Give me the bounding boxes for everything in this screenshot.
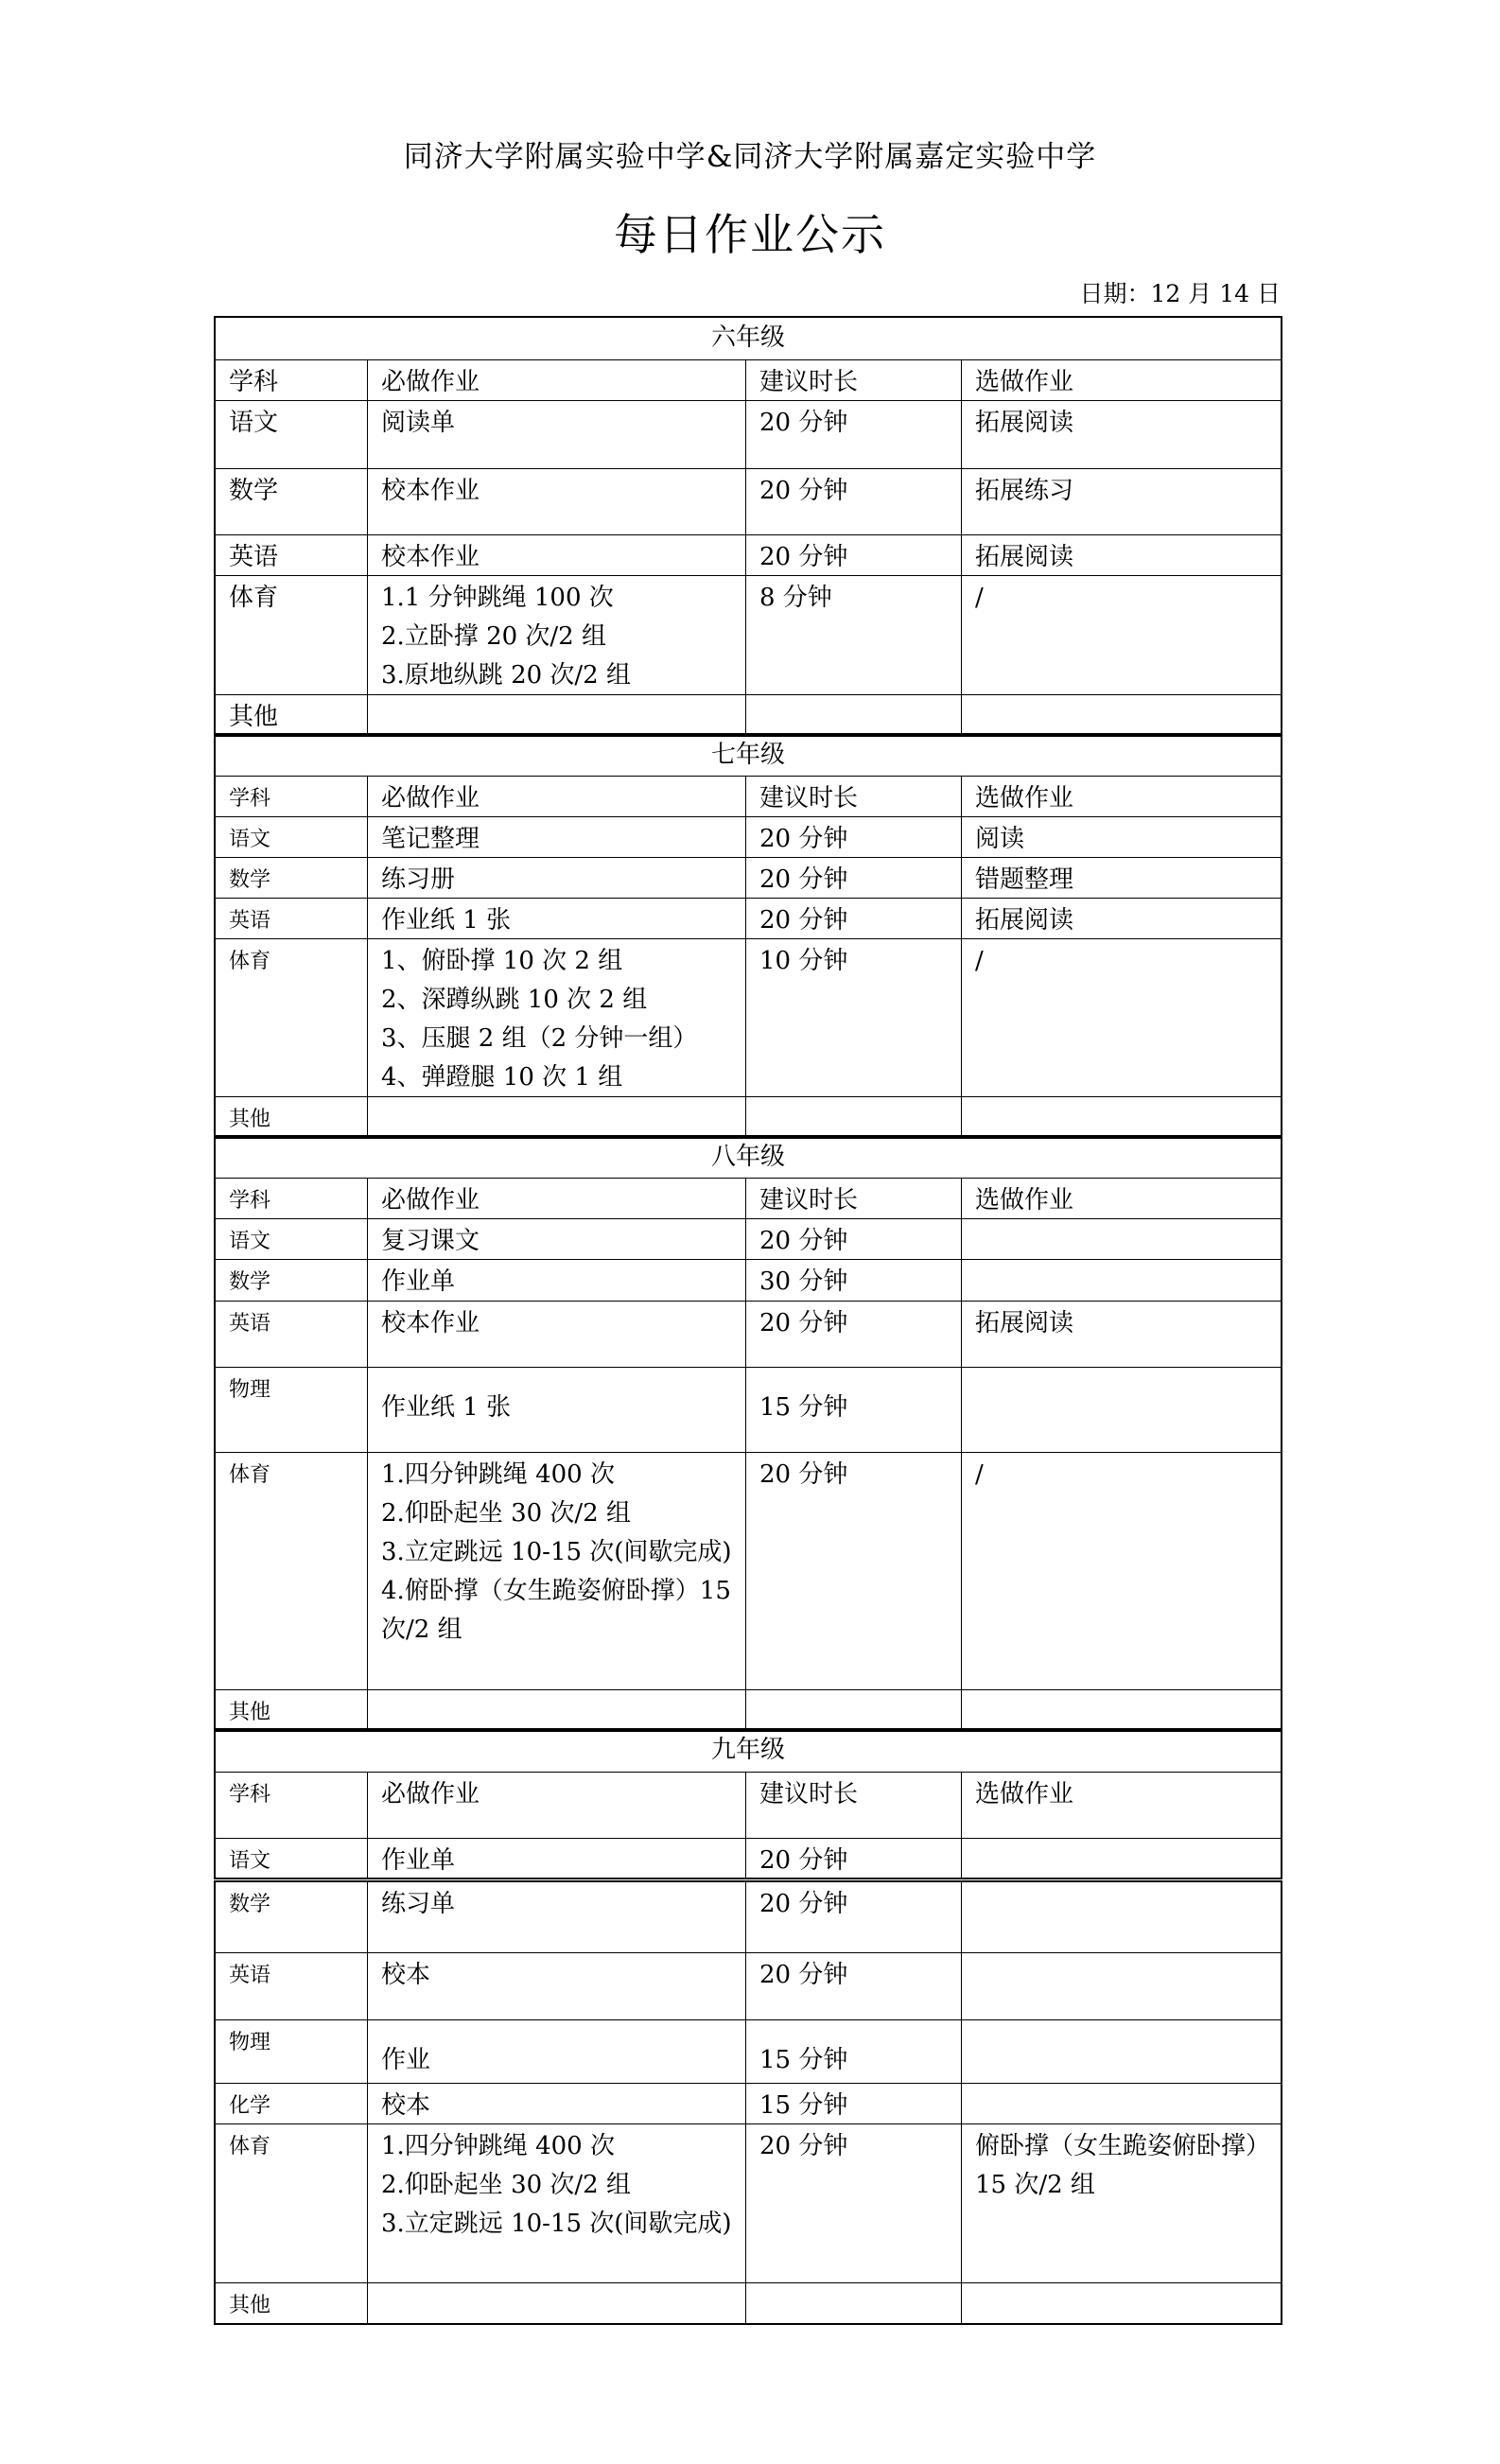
optional-homework-cell: 阅读 xyxy=(961,817,1281,857)
date-label: 日期：12 月 14 日 xyxy=(1080,278,1281,310)
table-row: 其他 xyxy=(216,1096,1281,1137)
column-header: 建议时长 xyxy=(745,1179,961,1218)
duration-cell: 20 分钟 xyxy=(745,858,961,898)
table-row: 其他 xyxy=(216,2282,1281,2323)
subject-cell: 英语 xyxy=(216,1953,367,2019)
subject-cell: 语文 xyxy=(216,817,367,857)
column-header: 选做作业 xyxy=(961,360,1281,400)
grade-header-row: 九年级 xyxy=(216,1730,1281,1772)
subject-cell: 体育 xyxy=(216,939,367,1096)
required-homework-cell: 1.1 分钟跳绳 100 次 2.立卧撑 20 次/2 组 3.原地纵跳 20 … xyxy=(367,576,745,694)
table-row: 数学校本作业20 分钟拓展练习 xyxy=(216,468,1281,534)
subject-cell: 数学 xyxy=(216,1882,367,1952)
table-row: 英语校本作业20 分钟拓展阅读 xyxy=(216,1301,1281,1367)
subject-cell: 其他 xyxy=(216,1097,367,1137)
subject-cell: 英语 xyxy=(216,1302,367,1367)
column-header: 建议时长 xyxy=(745,1773,961,1838)
grade-table: 七年级学科必做作业建议时长选做作业语文笔记整理20 分钟阅读数学练习册20 分钟… xyxy=(214,733,1282,1139)
subject-cell: 语文 xyxy=(216,1839,367,1878)
optional-homework-cell: / xyxy=(961,939,1281,1096)
grade-table: 六年级学科必做作业建议时长选做作业语文阅读单20 分钟拓展阅读数学校本作业20 … xyxy=(214,316,1282,737)
optional-homework-cell xyxy=(961,1839,1281,1878)
duration-cell xyxy=(745,2283,961,2323)
column-header: 建议时长 xyxy=(745,777,961,816)
required-homework-cell: 练习单 xyxy=(367,1882,745,1952)
required-homework-cell: 校本 xyxy=(367,2084,745,2123)
optional-homework-cell: 俯卧撑（女生跪姿俯卧撑）15 次/2 组 xyxy=(961,2124,1281,2282)
table-row: 物理作业纸 1 张15 分钟 xyxy=(216,1367,1281,1452)
table-row: 其他 xyxy=(216,694,1281,735)
duration-cell xyxy=(745,695,961,735)
column-header: 建议时长 xyxy=(745,360,961,400)
required-homework-cell: 1.四分钟跳绳 400 次 2.仰卧起坐 30 次/2 组 3.立定跳远 10-… xyxy=(367,2124,745,2282)
duration-cell: 20 分钟 xyxy=(745,899,961,938)
optional-homework-cell: 拓展阅读 xyxy=(961,401,1281,468)
optional-homework-cell xyxy=(961,1260,1281,1301)
grade-table: 九年级学科必做作业建议时长选做作业语文作业单20 分钟 xyxy=(214,1728,1282,1879)
optional-homework-cell xyxy=(961,2020,1281,2083)
required-homework-cell: 复习课文 xyxy=(367,1219,745,1259)
optional-homework-cell xyxy=(961,1368,1281,1452)
subject-cell: 其他 xyxy=(216,2283,367,2323)
table-row: 其他 xyxy=(216,1689,1281,1730)
grade-title: 八年级 xyxy=(216,1137,1281,1178)
required-homework-cell: 作业单 xyxy=(367,1260,745,1301)
column-header: 必做作业 xyxy=(367,1179,745,1218)
table-row: 物理作业15 分钟 xyxy=(216,2019,1281,2083)
column-header-row: 学科必做作业建议时长选做作业 xyxy=(216,359,1281,400)
grade-table: 数学练习单20 分钟英语校本20 分钟物理作业15 分钟化学校本15 分钟体育1… xyxy=(214,1880,1282,2325)
subject-cell: 化学 xyxy=(216,2084,367,2123)
column-header: 必做作业 xyxy=(367,1773,745,1838)
optional-homework-cell xyxy=(961,2283,1281,2323)
required-homework-cell: 1、俯卧撑 10 次 2 组 2、深蹲纵跳 10 次 2 组 3、压腿 2 组（… xyxy=(367,939,745,1096)
column-header: 学科 xyxy=(216,777,367,816)
column-header-row: 学科必做作业建议时长选做作业 xyxy=(216,1178,1281,1218)
table-row: 英语作业纸 1 张20 分钟拓展阅读 xyxy=(216,898,1281,938)
column-header: 学科 xyxy=(216,1179,367,1218)
duration-cell: 20 分钟 xyxy=(745,535,961,575)
column-header: 选做作业 xyxy=(961,1179,1281,1218)
table-row: 体育1.1 分钟跳绳 100 次 2.立卧撑 20 次/2 组 3.原地纵跳 2… xyxy=(216,575,1281,694)
table-row: 体育1.四分钟跳绳 400 次 2.仰卧起坐 30 次/2 组 3.立定跳远 1… xyxy=(216,2123,1281,2282)
optional-homework-cell: / xyxy=(961,576,1281,694)
optional-homework-cell xyxy=(961,1690,1281,1730)
duration-cell: 20 分钟 xyxy=(745,401,961,468)
subject-cell: 语文 xyxy=(216,1219,367,1259)
required-homework-cell xyxy=(367,695,745,735)
school-title: 同济大学附属实验中学&同济大学附属嘉定实验中学 xyxy=(0,138,1500,176)
duration-cell: 20 分钟 xyxy=(745,1882,961,1952)
optional-homework-cell xyxy=(961,1953,1281,2019)
required-homework-cell: 笔记整理 xyxy=(367,817,745,857)
grade-header-row: 七年级 xyxy=(216,735,1281,776)
column-header: 学科 xyxy=(216,360,367,400)
optional-homework-cell xyxy=(961,1882,1281,1952)
optional-homework-cell xyxy=(961,695,1281,735)
duration-cell: 20 分钟 xyxy=(745,2124,961,2282)
duration-cell: 30 分钟 xyxy=(745,1260,961,1301)
table-row: 体育1.四分钟跳绳 400 次 2.仰卧起坐 30 次/2 组 3.立定跳远 1… xyxy=(216,1452,1281,1689)
required-homework-cell: 校本作业 xyxy=(367,535,745,575)
duration-cell: 20 分钟 xyxy=(745,817,961,857)
table-row: 语文作业单20 分钟 xyxy=(216,1838,1281,1878)
required-homework-cell xyxy=(367,1097,745,1137)
table-row: 语文阅读单20 分钟拓展阅读 xyxy=(216,400,1281,468)
subject-cell: 语文 xyxy=(216,401,367,468)
page-title: 每日作业公示 xyxy=(0,206,1500,263)
duration-cell: 8 分钟 xyxy=(745,576,961,694)
subject-cell: 体育 xyxy=(216,576,367,694)
required-homework-cell: 作业纸 1 张 xyxy=(367,899,745,938)
duration-cell: 15 分钟 xyxy=(745,2020,961,2083)
column-header-row: 学科必做作业建议时长选做作业 xyxy=(216,1772,1281,1838)
subject-cell: 体育 xyxy=(216,2124,367,2282)
required-homework-cell: 校本作业 xyxy=(367,469,745,534)
optional-homework-cell xyxy=(961,2084,1281,2123)
optional-homework-cell: 拓展阅读 xyxy=(961,1302,1281,1367)
table-row: 数学练习册20 分钟错题整理 xyxy=(216,857,1281,898)
subject-cell: 其他 xyxy=(216,695,367,735)
table-row: 英语校本20 分钟 xyxy=(216,1952,1281,2019)
subject-cell: 体育 xyxy=(216,1453,367,1689)
table-row: 数学作业单30 分钟 xyxy=(216,1259,1281,1301)
duration-cell: 20 分钟 xyxy=(745,1953,961,2019)
grade-header-row: 八年级 xyxy=(216,1137,1281,1178)
required-homework-cell xyxy=(367,2283,745,2323)
subject-cell: 其他 xyxy=(216,1690,367,1730)
table-row: 体育1、俯卧撑 10 次 2 组 2、深蹲纵跳 10 次 2 组 3、压腿 2 … xyxy=(216,938,1281,1096)
column-header: 选做作业 xyxy=(961,1773,1281,1838)
duration-cell: 10 分钟 xyxy=(745,939,961,1096)
subject-cell: 英语 xyxy=(216,899,367,938)
column-header-row: 学科必做作业建议时长选做作业 xyxy=(216,776,1281,816)
subject-cell: 数学 xyxy=(216,858,367,898)
subject-cell: 物理 xyxy=(216,1368,367,1452)
duration-cell: 20 分钟 xyxy=(745,1219,961,1259)
duration-cell xyxy=(745,1097,961,1137)
optional-homework-cell: / xyxy=(961,1453,1281,1689)
optional-homework-cell: 拓展阅读 xyxy=(961,535,1281,575)
required-homework-cell: 作业 xyxy=(367,2020,745,2083)
required-homework-cell: 作业单 xyxy=(367,1839,745,1878)
duration-cell: 15 分钟 xyxy=(745,2084,961,2123)
subject-cell: 物理 xyxy=(216,2020,367,2083)
required-homework-cell: 练习册 xyxy=(367,858,745,898)
grade-title: 六年级 xyxy=(216,318,1281,359)
grade-title: 九年级 xyxy=(216,1730,1281,1772)
duration-cell: 20 分钟 xyxy=(745,469,961,534)
table-row: 英语校本作业20 分钟拓展阅读 xyxy=(216,534,1281,575)
duration-cell: 20 分钟 xyxy=(745,1302,961,1367)
optional-homework-cell xyxy=(961,1097,1281,1137)
duration-cell: 20 分钟 xyxy=(745,1453,961,1689)
duration-cell: 15 分钟 xyxy=(745,1368,961,1452)
table-row: 化学校本15 分钟 xyxy=(216,2083,1281,2123)
duration-cell: 20 分钟 xyxy=(745,1839,961,1878)
grade-table: 八年级学科必做作业建议时长选做作业语文复习课文20 分钟数学作业单30 分钟英语… xyxy=(214,1135,1282,1732)
table-row: 数学练习单20 分钟 xyxy=(216,1882,1281,1952)
column-header: 学科 xyxy=(216,1773,367,1838)
required-homework-cell: 1.四分钟跳绳 400 次 2.仰卧起坐 30 次/2 组 3.立定跳远 10-… xyxy=(367,1453,745,1689)
optional-homework-cell: 拓展练习 xyxy=(961,469,1281,534)
optional-homework-cell: 拓展阅读 xyxy=(961,899,1281,938)
subject-cell: 数学 xyxy=(216,1260,367,1301)
subject-cell: 数学 xyxy=(216,469,367,534)
optional-homework-cell xyxy=(961,1219,1281,1259)
optional-homework-cell: 错题整理 xyxy=(961,858,1281,898)
subject-cell: 英语 xyxy=(216,535,367,575)
table-row: 语文笔记整理20 分钟阅读 xyxy=(216,816,1281,857)
table-row: 语文复习课文20 分钟 xyxy=(216,1218,1281,1259)
column-header: 必做作业 xyxy=(367,360,745,400)
grade-title: 七年级 xyxy=(216,735,1281,776)
column-header: 选做作业 xyxy=(961,777,1281,816)
required-homework-cell xyxy=(367,1690,745,1730)
required-homework-cell: 阅读单 xyxy=(367,401,745,468)
duration-cell xyxy=(745,1690,961,1730)
required-homework-cell: 作业纸 1 张 xyxy=(367,1368,745,1452)
required-homework-cell: 校本作业 xyxy=(367,1302,745,1367)
required-homework-cell: 校本 xyxy=(367,1953,745,2019)
grade-header-row: 六年级 xyxy=(216,318,1281,359)
column-header: 必做作业 xyxy=(367,777,745,816)
